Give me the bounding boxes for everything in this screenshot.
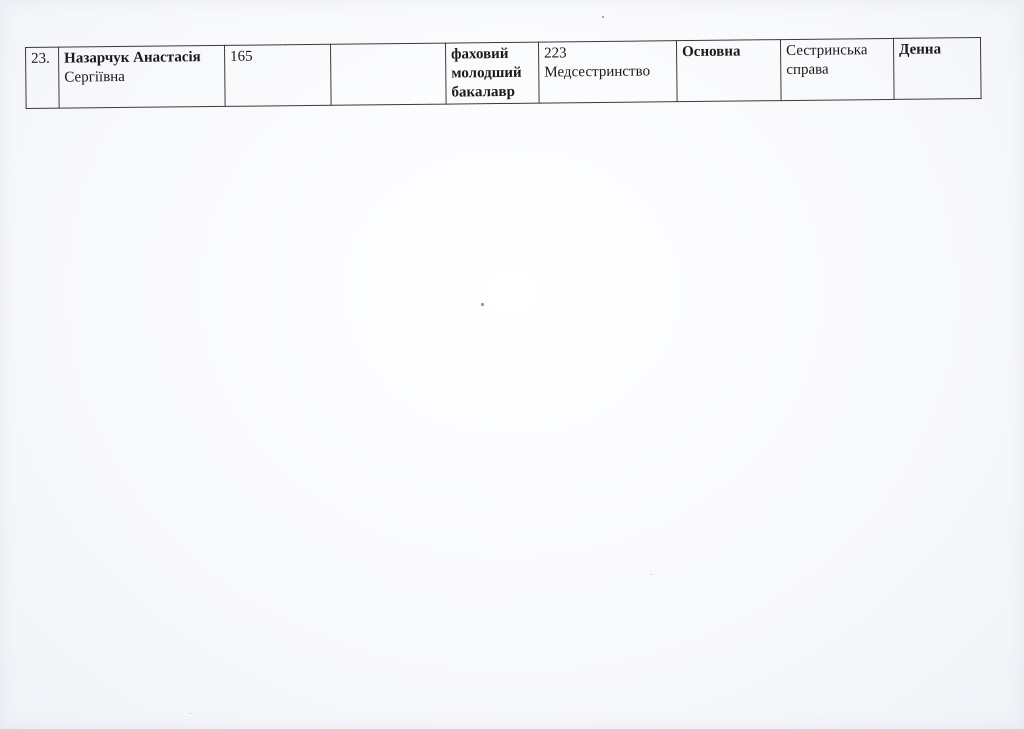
cell-score: 165: [224, 44, 331, 106]
scan-speck: [602, 16, 604, 18]
cell-name: Назарчук Анастасія Сергіївна: [59, 45, 226, 108]
cell-number: 23.: [26, 47, 60, 108]
scan-speck: [651, 574, 652, 575]
specialty-code: 223: [544, 45, 567, 61]
applicants-table: 23. Назарчук Анастасія Сергіївна 165 фах…: [25, 37, 982, 109]
cell-basis: Основна: [676, 40, 781, 102]
program-line2: справа: [786, 62, 829, 78]
table-container: 23. Назарчук Анастасія Сергіївна 165 фах…: [25, 37, 982, 109]
table-row: 23. Назарчук Анастасія Сергіївна 165 фах…: [26, 37, 982, 108]
cell-study-form: Денна: [893, 37, 981, 99]
cell-education-level: фаховий молодший бакалавр: [445, 42, 539, 104]
education-level-line3: бакалавр: [451, 84, 515, 101]
applicant-name-line2: Сергіївна: [64, 69, 125, 86]
cell-empty: [330, 43, 446, 105]
study-form-value: Денна: [899, 41, 941, 57]
applicant-name-line1: Назарчук Анастасія: [64, 49, 201, 66]
education-level-line1: фаховий: [451, 46, 508, 63]
row-number: 23.: [31, 51, 50, 67]
program-line1: Сестринська: [786, 42, 868, 59]
scan-edge-shadow: [0, 0, 1024, 729]
cell-specialty: 223 Медсестринство: [538, 41, 677, 103]
specialty-name: Медсестринство: [544, 63, 650, 80]
basis-value: Основна: [682, 44, 741, 61]
scan-speck: [481, 303, 484, 306]
scanned-page: 23. Назарчук Анастасія Сергіївна 165 фах…: [0, 0, 1024, 729]
education-level-line2: молодший: [451, 65, 522, 82]
cell-program: Сестринська справа: [780, 38, 894, 100]
score-value: 165: [230, 49, 253, 65]
scan-speck: [285, 45, 286, 46]
scan-speck: [190, 713, 191, 714]
